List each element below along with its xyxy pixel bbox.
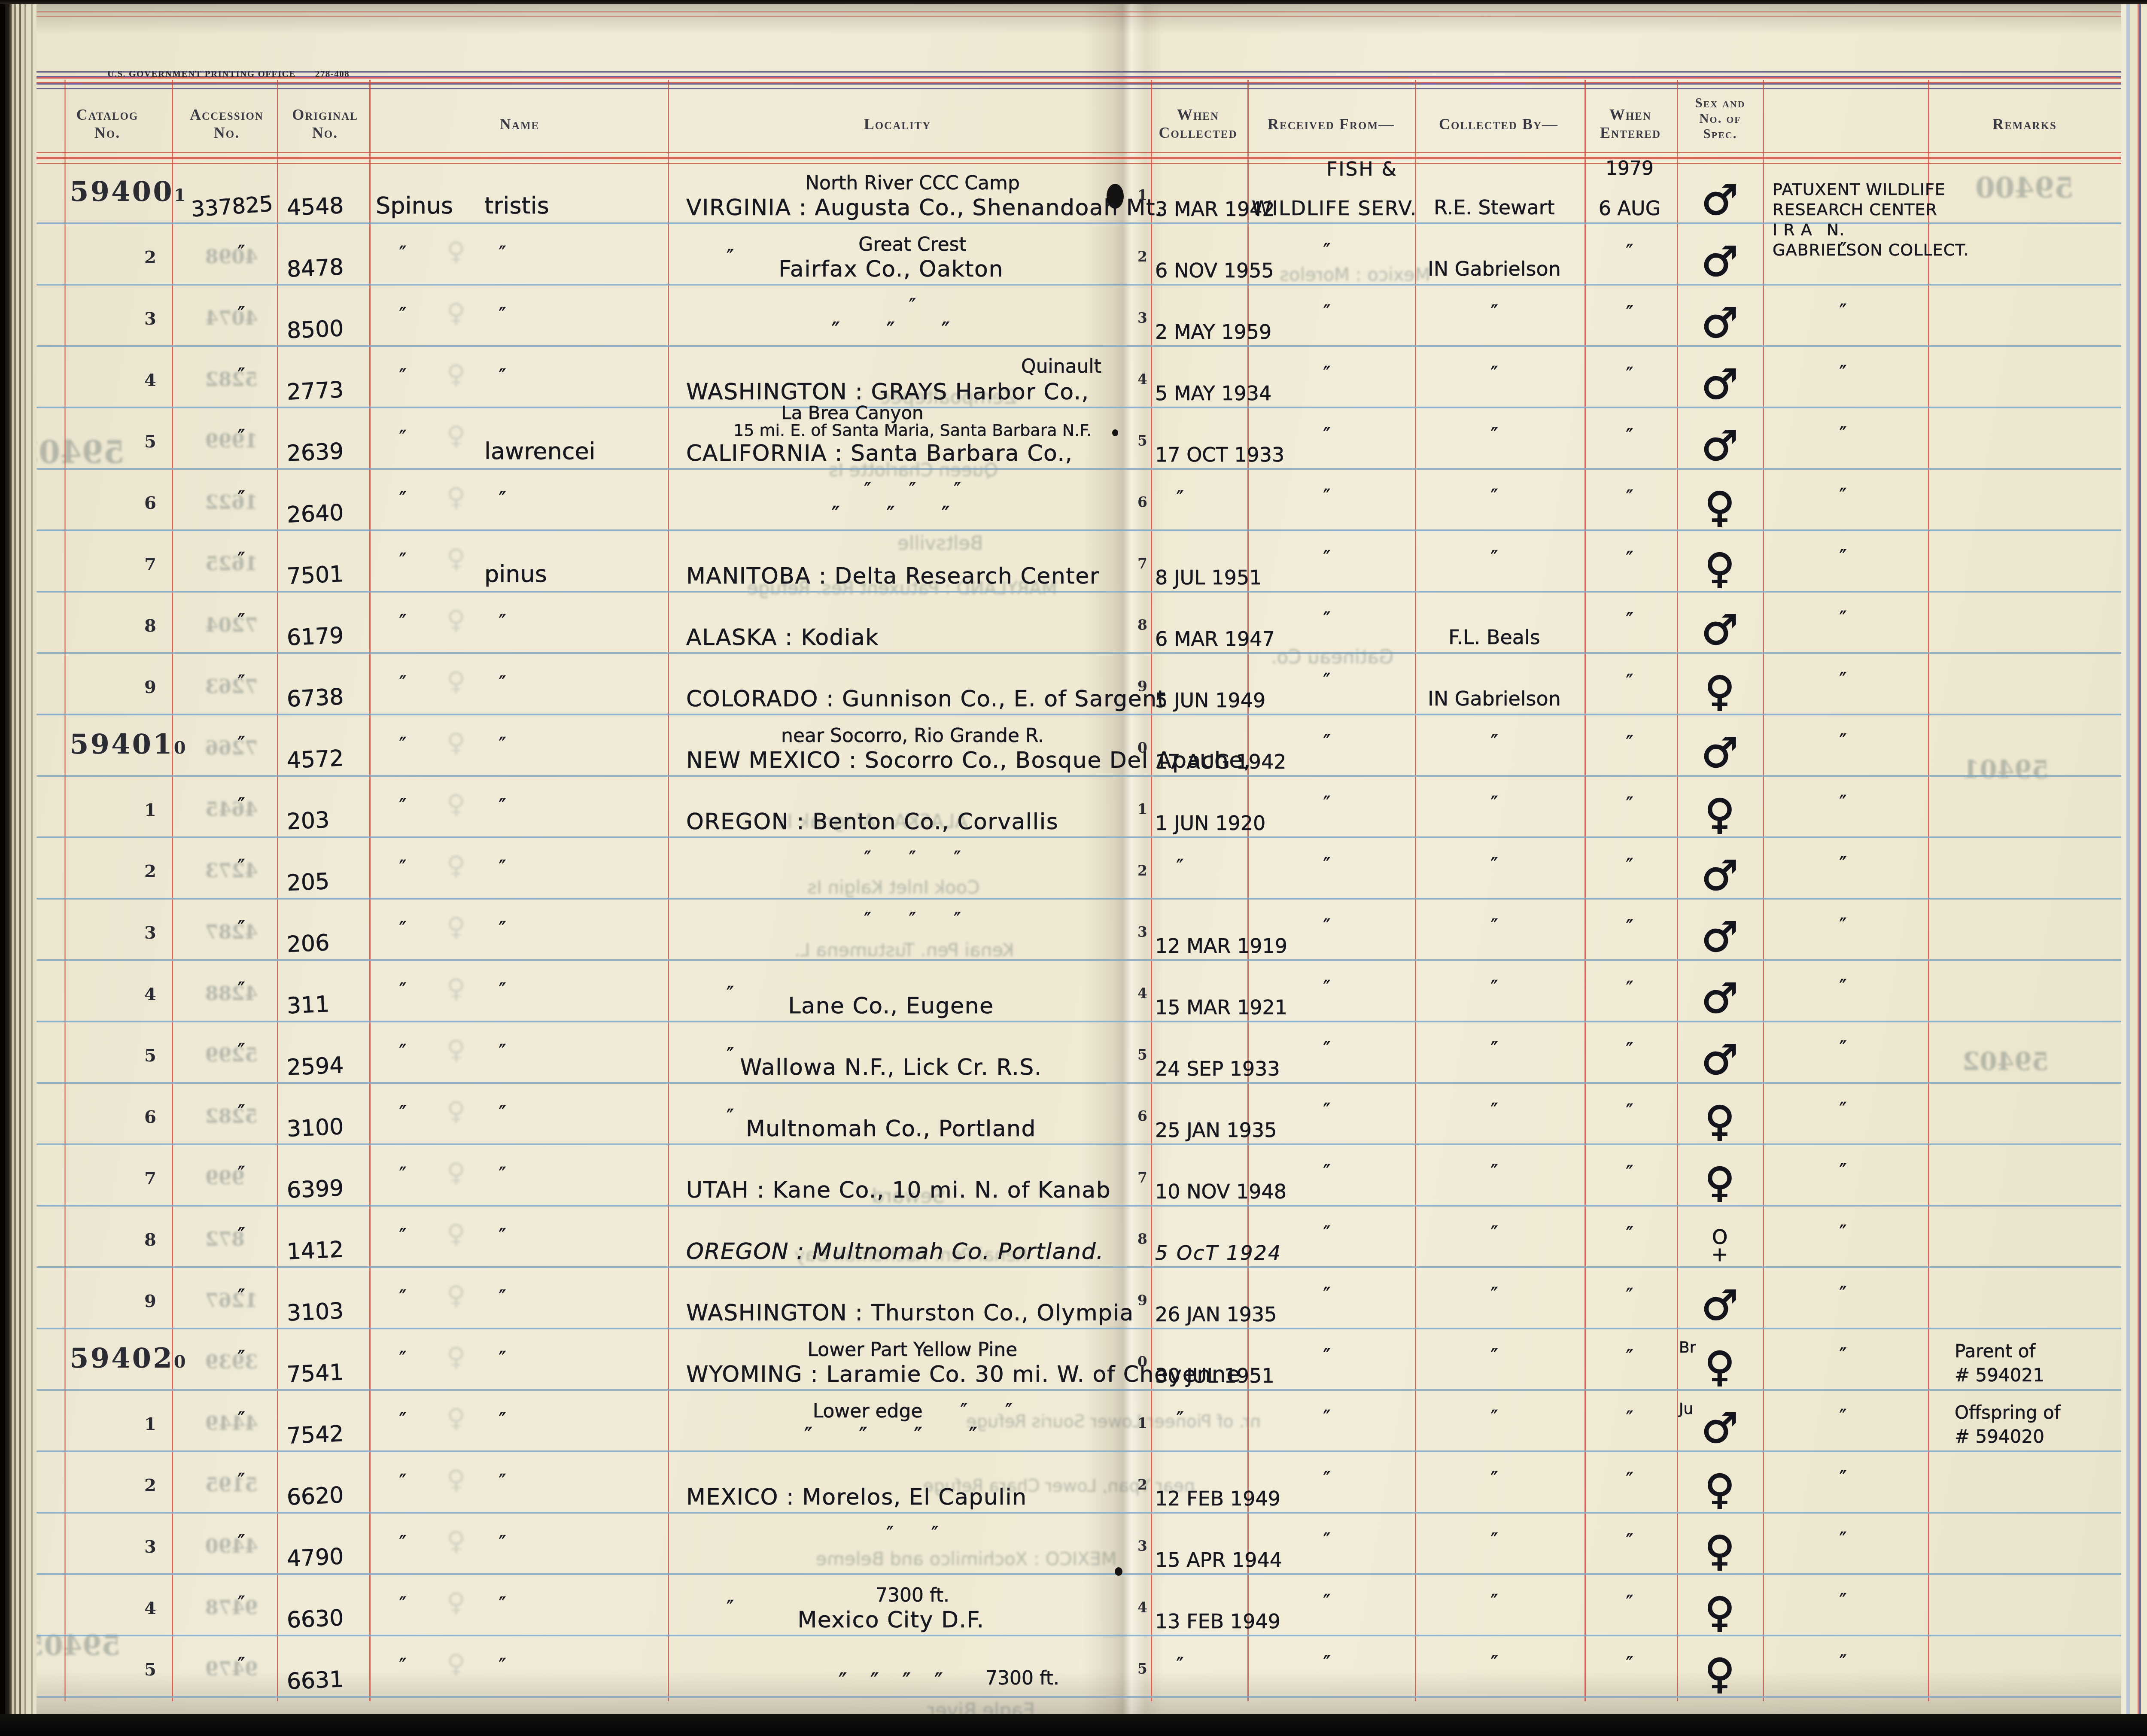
line-digit: 4 [1137, 1599, 1147, 1616]
received-from: WILDLIFE SERV. [1252, 197, 1417, 220]
accession-ditto: ″ [237, 671, 245, 694]
locality: ″ ″ ″ [832, 318, 951, 344]
name-species-ditto: ″ [499, 1531, 506, 1554]
date-collected: 24 SEP 1933 [1155, 1057, 1280, 1080]
date-collected: 17 OCT 1933 [1155, 443, 1284, 466]
line-digit: 4 [1137, 371, 1147, 388]
received-from-ditto: ″ [1323, 915, 1330, 938]
locality: ″ ″ ″ ″ [804, 1423, 978, 1449]
row-line-25 [36, 1696, 2123, 1698]
table-row: 2″6620″″MEXICO : Morelos, El Capulin212 … [0, 1450, 2147, 1512]
name-genus-ditto: ″ [399, 794, 406, 818]
original-no: 6631 [286, 1666, 344, 1695]
table-row: 5″2594″″″Wallowa N.F., Lick Cr. R.S.524 … [0, 1021, 2147, 1082]
column-header-accession-no: AccessionNo. [190, 106, 264, 142]
locality: Fairfax Co., Oakton [779, 256, 1004, 282]
original-no: 2639 [286, 438, 344, 467]
catalog-line-digit: 3 [144, 1537, 156, 1557]
name-genus-ditto: ″ [399, 487, 406, 511]
date-entered-ditto: ″ [1626, 1222, 1633, 1246]
locality: MANITOBA : Delta Research Center [686, 563, 1100, 589]
received-from-ditto: ″ [1323, 1467, 1330, 1490]
name-species-ditto: ″ [499, 1408, 506, 1432]
collection-note-ditto: ″ [1839, 484, 1846, 507]
locality-upper-line: North River CCC Camp [805, 172, 1020, 194]
catalog-line-digit: 9 [144, 1291, 156, 1311]
column-header-when-collected: WhenCollected [1159, 106, 1238, 142]
table-row: 7″6399″″UTAH : Kane Co., 10 mi. N. of Ka… [0, 1143, 2147, 1205]
received-from-ditto: ″ [1323, 1529, 1330, 1552]
date-entered-ditto: ″ [1626, 301, 1633, 325]
locality-upper-line: Quinault [1021, 356, 1101, 377]
received-from-ditto: ″ [1323, 485, 1330, 508]
line-digit: 2 [1137, 248, 1147, 265]
received-from-ditto: ″ [1323, 669, 1330, 692]
sex-symbol: ♂ [1701, 1039, 1738, 1080]
table-row: 8″6179″″ALASKA : Kodiak86 MAR 1947″F.L. … [0, 591, 2147, 652]
received-from-ditto: ″ [1323, 608, 1330, 631]
date-entered-ditto: ″ [1626, 793, 1633, 816]
date-collected: 1 JUN 1920 [1155, 812, 1265, 835]
date-entered-ditto: ″ [1626, 1591, 1633, 1614]
date-collected: 13 FEB 1949 [1155, 1610, 1280, 1633]
collection-note-ditto: ″ [1839, 1589, 1846, 1612]
locality-upper-line: ″ ″ ″ [864, 848, 961, 870]
catalog-line-digit: 4 [144, 984, 156, 1004]
locality-upper-line: ″ ″ [887, 1523, 939, 1545]
line-digit: 8 [1137, 1231, 1147, 1247]
name-species-ditto: ″ [499, 242, 506, 265]
line-digit: 5 [1137, 1046, 1147, 1063]
name-species-ditto: ″ [499, 672, 506, 695]
date-entered-ditto: ″ [1626, 1161, 1633, 1184]
locality-upper-line: Lower Part Yellow Pine [808, 1339, 1018, 1361]
date-collected-ditto: ″ [1176, 855, 1183, 878]
catalog-no: 594001 [70, 176, 186, 208]
sex-symbol: ♀ [1705, 1592, 1735, 1633]
name-genus-ditto: ″ [399, 672, 406, 695]
table-row: 1″7542″″Lower edge ″ ″″ ″ ″ ″1″″″″Ju♂″Of… [0, 1389, 2147, 1450]
sex-symbol: ♂ [1701, 364, 1738, 405]
received-from-ditto: ″ [1323, 1160, 1330, 1183]
original-no: 6630 [286, 1605, 344, 1633]
date-entered-ditto: ″ [1626, 1468, 1633, 1491]
table-row: 5″6631″″″ ″ ″ ″7300 ft.5″″″″♀″ [0, 1635, 2147, 1696]
accession-ditto: ″ [237, 425, 245, 448]
column-header-original-no: OriginalNo. [292, 106, 358, 142]
line-digit: 2 [1137, 1476, 1147, 1493]
received-from-upper: FISH & [1326, 158, 1398, 180]
line-digit: 3 [1137, 310, 1147, 326]
original-no: 3103 [286, 1298, 344, 1326]
collection-note-ditto: ″ [1839, 607, 1846, 630]
sex-symbol: ♂ [1701, 425, 1738, 466]
accession-ditto: ″ [237, 1285, 245, 1308]
table-row: 2″205″″″ ″ ″2″″″″♂″ [0, 836, 2147, 898]
header-rule-0 [36, 11, 2123, 17]
sex-symbol: ♂ [1701, 179, 1738, 221]
collection-note-ditto: ″ [1839, 238, 1846, 261]
accession-ditto: ″ [237, 364, 245, 387]
collection-note-ditto: ″ [1839, 730, 1846, 753]
locality: Wallowa N.F., Lick Cr. R.S. [740, 1055, 1042, 1080]
ledger-book-scan: 5940359405594005940159402409840745282199… [0, 0, 2147, 1736]
received-from-ditto: ″ [1323, 1283, 1330, 1306]
remarks: Parent of# 594021 [1955, 1339, 2044, 1387]
locality: COLORADO : Gunnison Co., E. of Sargent [686, 686, 1166, 712]
accession-ditto: ″ [237, 916, 245, 939]
collected-by-ditto: ″ [1490, 485, 1498, 508]
original-no: 6738 [286, 684, 344, 712]
line-digit: 0 [1137, 739, 1147, 756]
collected-by-ditto: ″ [1490, 301, 1498, 324]
date-entered-ditto: ″ [1626, 424, 1633, 447]
collection-note-ditto: ″ [1839, 914, 1846, 937]
collected-by-ditto: ″ [1490, 1160, 1498, 1183]
table-row: 3″4790″″″ ″315 APR 1944″″″♀″ [0, 1512, 2147, 1573]
collection-note-ditto: ″ [1839, 1466, 1846, 1490]
date-collected: 17 AUG 1942 [1155, 750, 1286, 773]
date-collected: 6 MAR 1947 [1155, 627, 1275, 651]
sex-symbol: ♀ [1705, 1469, 1735, 1510]
collected-by-ditto: ″ [1490, 362, 1498, 385]
name-species-ditto: ″ [499, 303, 506, 326]
collected-by-ditto: ″ [1490, 1590, 1498, 1613]
table-row: 3″206″″″ ″ ″312 MAR 1919″″″♂″ [0, 898, 2147, 959]
date-entered-ditto: ″ [1626, 1407, 1633, 1430]
column-header-name: Name [500, 115, 539, 133]
collection-note-ditto: ″ [1839, 1528, 1846, 1551]
locality: ″ ″ ″ [832, 502, 951, 528]
locality-ditto: ″ [727, 1105, 734, 1128]
name-species-ditto: ″ [499, 1593, 506, 1616]
table-row: 594010″4572″″near Socorro, Rio Grande R.… [0, 714, 2147, 775]
original-no: 2773 [286, 377, 344, 405]
date-entered-ditto: ″ [1626, 915, 1633, 939]
original-no: 6179 [286, 623, 344, 651]
collected-by-ditto: ″ [1490, 976, 1498, 999]
name-genus-ditto: ″ [399, 1408, 406, 1432]
sex-age-prefix: Br [1679, 1339, 1696, 1356]
original-no: 4572 [286, 745, 344, 774]
collection-note-ditto: ″ [1839, 300, 1846, 323]
locality-upper-line: near Socorro, Rio Grande R. [781, 725, 1044, 747]
accession-ditto: ″ [237, 1101, 245, 1124]
accession-ditto: ″ [237, 1408, 245, 1431]
locality-upper-line: Lower edge ″ ″ [813, 1400, 1013, 1422]
locality: Lane Co., Eugene [788, 993, 994, 1019]
top-rule-2 [36, 83, 2123, 89]
catalog-line-digit: 4 [144, 1598, 156, 1618]
name-genus-ditto: ″ [399, 610, 406, 633]
line-digit: 2 [1137, 862, 1147, 879]
name-species-ditto: ″ [499, 1286, 506, 1309]
sex-symbol: ♀ [1705, 1530, 1735, 1572]
sex-symbol: ♂ [1701, 609, 1738, 651]
date-collected: 5 JUN 1949 [1155, 689, 1265, 712]
accession-ditto: ″ [237, 794, 245, 817]
line-digit: 7 [1137, 1169, 1147, 1186]
collected-by: IN Gabrielson [1428, 257, 1561, 280]
column-header-catalog-no: CatalogNo. [76, 106, 139, 142]
line-digit: 1 [1137, 187, 1147, 204]
table-row: 594020″7541″″Lower Part Yellow PineWYOMI… [0, 1328, 2147, 1389]
catalog-line-digit: 2 [144, 1475, 156, 1496]
date-entered-ditto: ″ [1626, 547, 1633, 570]
name-species: tristis [484, 192, 549, 219]
date-entered-ditto: ″ [1626, 670, 1633, 693]
name-genus-ditto: ″ [399, 1101, 406, 1125]
locality-ditto: ″ [727, 982, 734, 1005]
table-row: 4″2773″″QuinaultWASHINGTON : GRAYS Harbo… [0, 345, 2147, 407]
collected-by-ditto: ″ [1490, 853, 1498, 876]
original-no: 6620 [286, 1482, 344, 1511]
table-row: 4″311″″″Lane Co., Eugene415 MAR 1921″″″♂… [0, 959, 2147, 1021]
original-no: 2640 [286, 500, 344, 528]
original-no: 6399 [286, 1175, 344, 1204]
line-digit: 6 [1137, 1108, 1147, 1125]
table-row: 8″1412″″OREGON : Multnomah Co. Portland.… [0, 1205, 2147, 1266]
accession-ditto: ″ [237, 548, 245, 571]
line-digit: 3 [1137, 1538, 1147, 1554]
date-entered-ditto: ″ [1626, 363, 1633, 386]
line-digit: 0 [1137, 1353, 1147, 1370]
catalog-line-digit: 9 [144, 677, 156, 697]
table-row: 5940013378254548SpinustristisNorth River… [0, 161, 2147, 222]
original-no: 4548 [286, 193, 344, 221]
received-from-ditto: ″ [1323, 853, 1330, 876]
original-no: 7501 [286, 561, 344, 590]
date-entered-ditto: ″ [1626, 240, 1633, 263]
sex-symbol: ♂ [1701, 916, 1738, 958]
original-no: 203 [286, 807, 330, 835]
received-from-ditto: ″ [1323, 1406, 1330, 1429]
name-species-ditto: ″ [499, 917, 506, 940]
collected-by: R.E. Stewart [1434, 196, 1555, 219]
locality-upper-line: ″ ″ ″ [864, 479, 961, 501]
name-genus-ditto: ″ [399, 1224, 406, 1247]
received-from-ditto: ″ [1323, 362, 1330, 385]
date-entered-ditto: ″ [1626, 977, 1633, 1000]
collected-by-ditto: ″ [1490, 1467, 1498, 1490]
name-genus-ditto: ″ [399, 856, 406, 879]
received-from-ditto: ″ [1323, 1651, 1330, 1675]
catalog-line-digit: 4 [144, 370, 156, 390]
sex-symbol: ♂ [1701, 241, 1738, 282]
date-entered-ditto: ″ [1626, 1038, 1633, 1061]
accession-ditto: ″ [237, 241, 245, 264]
sex-symbol: ♂ [1701, 855, 1738, 896]
sex-age-prefix: Ju [1679, 1400, 1693, 1418]
locality-ditto: ″ [727, 1596, 734, 1619]
name-species-ditto: ″ [499, 1470, 506, 1493]
catalog-line-digit: 5 [144, 1046, 156, 1066]
locality-elevation: 7300 ft. [985, 1667, 1059, 1689]
received-from-ditto: ″ [1323, 976, 1330, 999]
name-species-ditto: ″ [499, 1224, 506, 1247]
collection-note-ditto: ″ [1839, 1037, 1846, 1060]
name-species-ditto: ″ [499, 487, 506, 511]
catalog-line-digit: 1 [144, 800, 156, 820]
sex-symbol: ♀ [1705, 1162, 1735, 1203]
table-row: 4″6630″″″7300 ft.Mexico City D.F.413 FEB… [0, 1573, 2147, 1635]
date-entered-ditto: ″ [1626, 731, 1633, 754]
name-genus-ditto: ″ [399, 242, 406, 265]
accession-ditto: ″ [237, 1530, 245, 1554]
sex-symbol: ♀ [1705, 1653, 1735, 1694]
accession-ditto: ″ [237, 486, 245, 510]
date-collected: 5 OcT 1924 [1155, 1241, 1282, 1265]
locality-upper-line-2: La Brea Canyon [781, 402, 923, 423]
table-row: 9″3103″″WASHINGTON : Thurston Co., Olymp… [0, 1266, 2147, 1328]
accession-ditto: ″ [237, 978, 245, 1001]
column-header-received-from: Received From— [1268, 115, 1395, 133]
table-row: 7″7501″pinusMANITOBA : Delta Research Ce… [0, 529, 2147, 591]
date-collected: 2 MAY 1959 [1155, 320, 1271, 344]
locality-upper-line: 15 mi. E. of Santa Maria, Santa Barbara … [733, 421, 1092, 440]
date-entered-ditto: ″ [1626, 1652, 1633, 1675]
table-row: 1″203″″OREGON : Benton Co., Corvallis11 … [0, 775, 2147, 836]
line-digit: 4 [1137, 985, 1147, 1002]
name-genus-ditto: ″ [399, 1593, 406, 1616]
accession-ditto: ″ [237, 1653, 245, 1676]
sex-symbol: ♂ [1701, 302, 1738, 344]
page-top-shadow [36, 4, 2123, 34]
date-collected: 10 NOV 1948 [1155, 1180, 1286, 1203]
collection-note-ditto: ″ [1839, 791, 1846, 814]
header-rule-1 [36, 152, 2123, 158]
original-no: 8478 [286, 254, 344, 283]
received-from-ditto: ″ [1323, 301, 1330, 324]
collection-note-ditto: ″ [1839, 1098, 1846, 1121]
locality: UTAH : Kane Co., 10 mi. N. of Kanab [686, 1177, 1111, 1203]
collection-note-ditto: ″ [1839, 1405, 1846, 1428]
accession-ditto: ″ [237, 1039, 245, 1062]
date-collected: 15 MAR 1921 [1155, 996, 1287, 1019]
catalog-no: 594010 [70, 728, 186, 760]
date-entered-ditto: ″ [1626, 1284, 1633, 1307]
locality: CALIFORNIA : Santa Barbara Co., [686, 441, 1073, 466]
locality: ″ ″ ″ ″ [839, 1669, 943, 1694]
scan-bottom-edge [0, 1714, 2147, 1736]
date-entered-ditto: ″ [1626, 854, 1633, 877]
column-header-remarks: Remarks [1992, 115, 2057, 133]
original-no: 7542 [286, 1421, 344, 1449]
catalog-line-digit: 7 [144, 554, 156, 575]
collected-by-ditto: ″ [1490, 915, 1498, 938]
table-row: 5″2639″lawrenceiLa Brea Canyon15 mi. E. … [0, 407, 2147, 468]
received-from-ditto: ″ [1323, 1344, 1330, 1368]
accession-no: 337825 [190, 191, 274, 222]
locality-ditto: ″ [727, 245, 734, 268]
collected-by-ditto: ″ [1490, 1529, 1498, 1552]
original-no: 2594 [286, 1052, 344, 1081]
name-species-ditto: ″ [499, 1101, 506, 1125]
collected-by-ditto: ″ [1490, 792, 1498, 815]
sex-symbol: ♀ [1705, 794, 1735, 835]
sex-symbol: ♂ [1701, 1408, 1738, 1449]
name-genus-ditto: ″ [399, 1040, 406, 1063]
name-species-ditto: ″ [499, 365, 506, 388]
sex-symbol: ♀ [1705, 1101, 1735, 1142]
locality: Multnomah Co., Portland [746, 1116, 1036, 1142]
name-genus-ditto: ″ [399, 303, 406, 326]
line-digit: 6 [1137, 494, 1147, 511]
collection-note-ditto: ″ [1839, 975, 1846, 998]
name-genus-ditto: ″ [399, 426, 406, 449]
name-genus-ditto: ″ [399, 1286, 406, 1309]
table-row: 3″8500″″″″ ″ ″32 MAY 1959″″″♂″ [0, 284, 2147, 345]
table-row: 9″6738″″COLORADO : Gunnison Co., E. of S… [0, 652, 2147, 714]
column-header-collected-by: Collected By— [1439, 115, 1558, 133]
date-entered-upper: 1979 [1606, 158, 1654, 179]
name-species: pinus [484, 560, 547, 587]
collected-by-ditto: ″ [1490, 1283, 1498, 1306]
name-genus-ditto: ″ [399, 1163, 406, 1186]
sex-symbol: O+ [1712, 1228, 1728, 1263]
catalog-line-digit: 5 [144, 432, 156, 452]
original-no: 206 [286, 930, 330, 958]
date-collected: 12 MAR 1919 [1155, 934, 1287, 958]
date-collected: 6 NOV 1955 [1155, 259, 1274, 282]
column-header-locality: Locality [864, 115, 931, 133]
collected-by-ditto: ″ [1490, 1651, 1498, 1675]
scan-top-edge [0, 0, 2147, 4]
sex-symbol: ♀ [1705, 1346, 1735, 1387]
column-header-when-entered: WhenEntered [1600, 106, 1661, 142]
accession-ditto: ″ [237, 609, 245, 632]
line-digit: 1 [1137, 801, 1147, 818]
name-species-ditto: ″ [499, 1347, 506, 1370]
line-digit: 3 [1137, 924, 1147, 940]
locality: WASHINGTON : GRAYS Harbor Co., [686, 379, 1089, 405]
locality: OREGON : Benton Co., Corvallis [686, 809, 1058, 835]
collection-note-ditto: ″ [1839, 1344, 1846, 1367]
locality: MEXICO : Morelos, El Capulin [686, 1484, 1027, 1510]
printer-imprint: U.S. GOVERNMENT PRINTING OFFICE 278-408 [107, 69, 350, 79]
catalog-line-digit: 2 [144, 861, 156, 882]
received-from-ditto: ″ [1323, 423, 1330, 447]
date-entered-ditto: ″ [1626, 608, 1633, 632]
date-collected: 15 APR 1944 [1155, 1548, 1282, 1572]
name-species-ditto: ″ [499, 1163, 506, 1186]
received-from-ditto: ″ [1323, 1590, 1330, 1613]
collection-note-ditto: ″ [1839, 1221, 1846, 1244]
catalog-line-digit: 6 [144, 1107, 156, 1127]
book-binding-edge [0, 0, 36, 1736]
sex-symbol: ♀ [1705, 548, 1735, 589]
name-genus-ditto: ″ [399, 1470, 406, 1493]
collected-by-ditto: ″ [1490, 730, 1498, 754]
collected-by-ditto: ″ [1490, 546, 1498, 569]
table-row: 2″8478″″″Great CrestFairfax Co., Oakton2… [0, 222, 2147, 284]
collected-by-ditto: ″ [1490, 1222, 1498, 1245]
catalog-line-digit: 2 [144, 247, 156, 268]
original-no: 8500 [286, 316, 344, 344]
locality: ALASKA : Kodiak [686, 625, 879, 651]
collection-note-ditto: ″ [1839, 668, 1846, 691]
original-no: 1412 [286, 1237, 344, 1265]
collected-by: IN Gabrielson [1428, 687, 1561, 710]
line-digit: 7 [1137, 555, 1147, 572]
name-genus-ditto: ″ [399, 365, 406, 388]
original-no: 311 [286, 991, 330, 1019]
collection-note-ditto: ″ [1839, 423, 1846, 446]
name-genus-ditto: ″ [399, 979, 406, 1002]
accession-ditto: ″ [237, 1223, 245, 1247]
date-collected: 26 JAN 1935 [1155, 1303, 1277, 1326]
line-digit: 8 [1137, 617, 1147, 633]
